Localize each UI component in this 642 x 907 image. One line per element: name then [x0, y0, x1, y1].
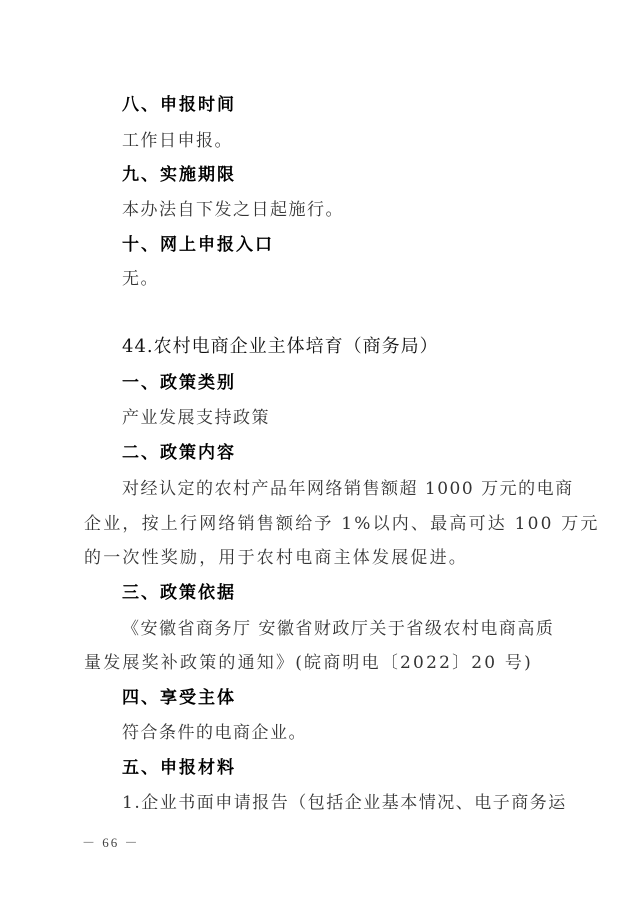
section-heading-policy-basis: 三、政策依据: [122, 582, 236, 604]
materials-line-1: 1.企业书面申请报告（包括企业基本情况、电子商务运: [122, 792, 567, 814]
section-heading-implementation-period: 九、实施期限: [122, 164, 236, 186]
policy-basis-line-1: 《安徽省商务厅 安徽省财政厅关于省级农村电商高质: [122, 618, 554, 640]
item-title: 44.农村电商企业主体培育（商务局）: [122, 336, 439, 358]
section-heading-online-entry: 十、网上申报入口: [122, 234, 274, 256]
section-content-implementation-period: 本办法自下发之日起施行。: [122, 199, 344, 221]
page-number: － 66 －: [82, 832, 140, 851]
policy-basis-line-2: 量发展奖补政策的通知》(皖商明电〔2022〕20 号): [84, 652, 533, 674]
policy-content-line-2: 企业，按上行网络销售额给予 1%以内、最高可达 100 万元: [84, 513, 600, 535]
section-heading-policy-content: 二、政策内容: [122, 442, 236, 464]
section-content-category: 产业发展支持政策: [122, 407, 270, 429]
section-heading-application-time: 八、申报时间: [122, 94, 236, 116]
section-heading-category: 一、政策类别: [122, 372, 236, 394]
policy-content-line-1: 对经认定的农村产品年网络销售额超 1000 万元的电商: [122, 478, 574, 500]
section-content-application-time: 工作日申报。: [122, 130, 233, 152]
section-heading-beneficiary: 四、享受主体: [122, 687, 236, 709]
section-content-online-entry: 无。: [122, 268, 159, 290]
section-content-beneficiary: 符合条件的电商企业。: [122, 722, 307, 744]
policy-content-line-3: 的一次性奖励，用于农村电商主体发展促进。: [84, 547, 468, 569]
section-heading-materials: 五、申报材料: [122, 757, 236, 779]
